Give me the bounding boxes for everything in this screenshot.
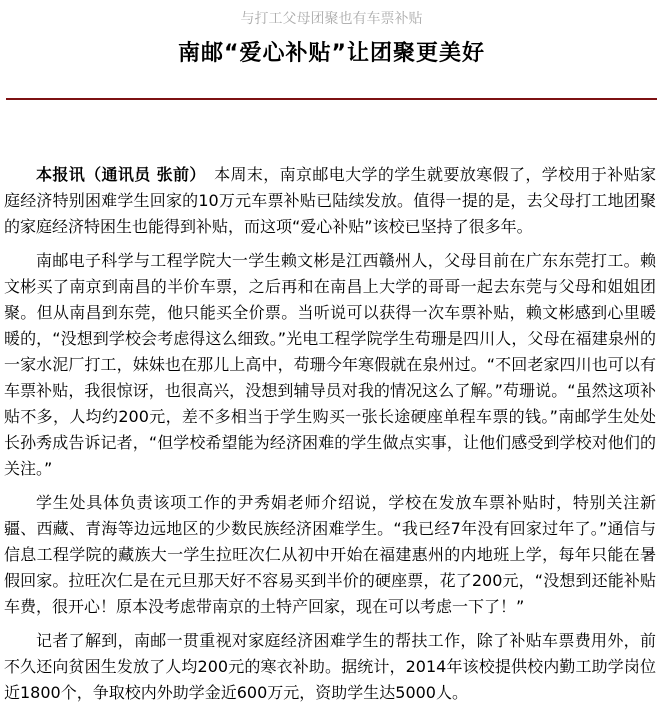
article-title: 南邮“爱心补贴”让团聚更美好 [0,42,663,66]
paragraph-lead-byline: 本报讯（通讯员 张前） [36,165,198,184]
paragraph-text: 记者了解到，南邮一贯重视对家庭经济困难学生的帮扶工作，除了补贴车票费用外，前不久… [4,631,656,702]
paragraph-text: 学生处具体负责该项工作的尹秀娟老师介绍说，学校在发放车票补贴时，特别关注新疆、西… [4,493,656,616]
article-page: 与打工父母团聚也有车票补贴 南邮“爱心补贴”让团聚更美好 本报讯（通讯员 张前）… [0,0,663,718]
article-paragraph: 南邮电子科学与工程学院大一学生赖文彬是江西赣州人，父母目前在广东东莞打工。赖文彬… [4,248,656,482]
article-supertitle: 与打工父母团聚也有车票补贴 [0,0,663,28]
article-paragraph: 记者了解到，南邮一贯重视对家庭经济困难学生的帮扶工作，除了补贴车票费用外，前不久… [4,628,656,706]
article-paragraph: 本报讯（通讯员 张前） 本周末，南京邮电大学的学生就要放寒假了，学校用于补贴家庭… [4,162,656,240]
article-body: 本报讯（通讯员 张前） 本周末，南京邮电大学的学生就要放寒假了，学校用于补贴家庭… [0,100,663,718]
paragraph-text: 南邮电子科学与工程学院大一学生赖文彬是江西赣州人，父母目前在广东东莞打工。赖文彬… [4,251,656,478]
article-paragraph: 学生处具体负责该项工作的尹秀娟老师介绍说，学校在发放车票补贴时，特别关注新疆、西… [4,490,656,620]
